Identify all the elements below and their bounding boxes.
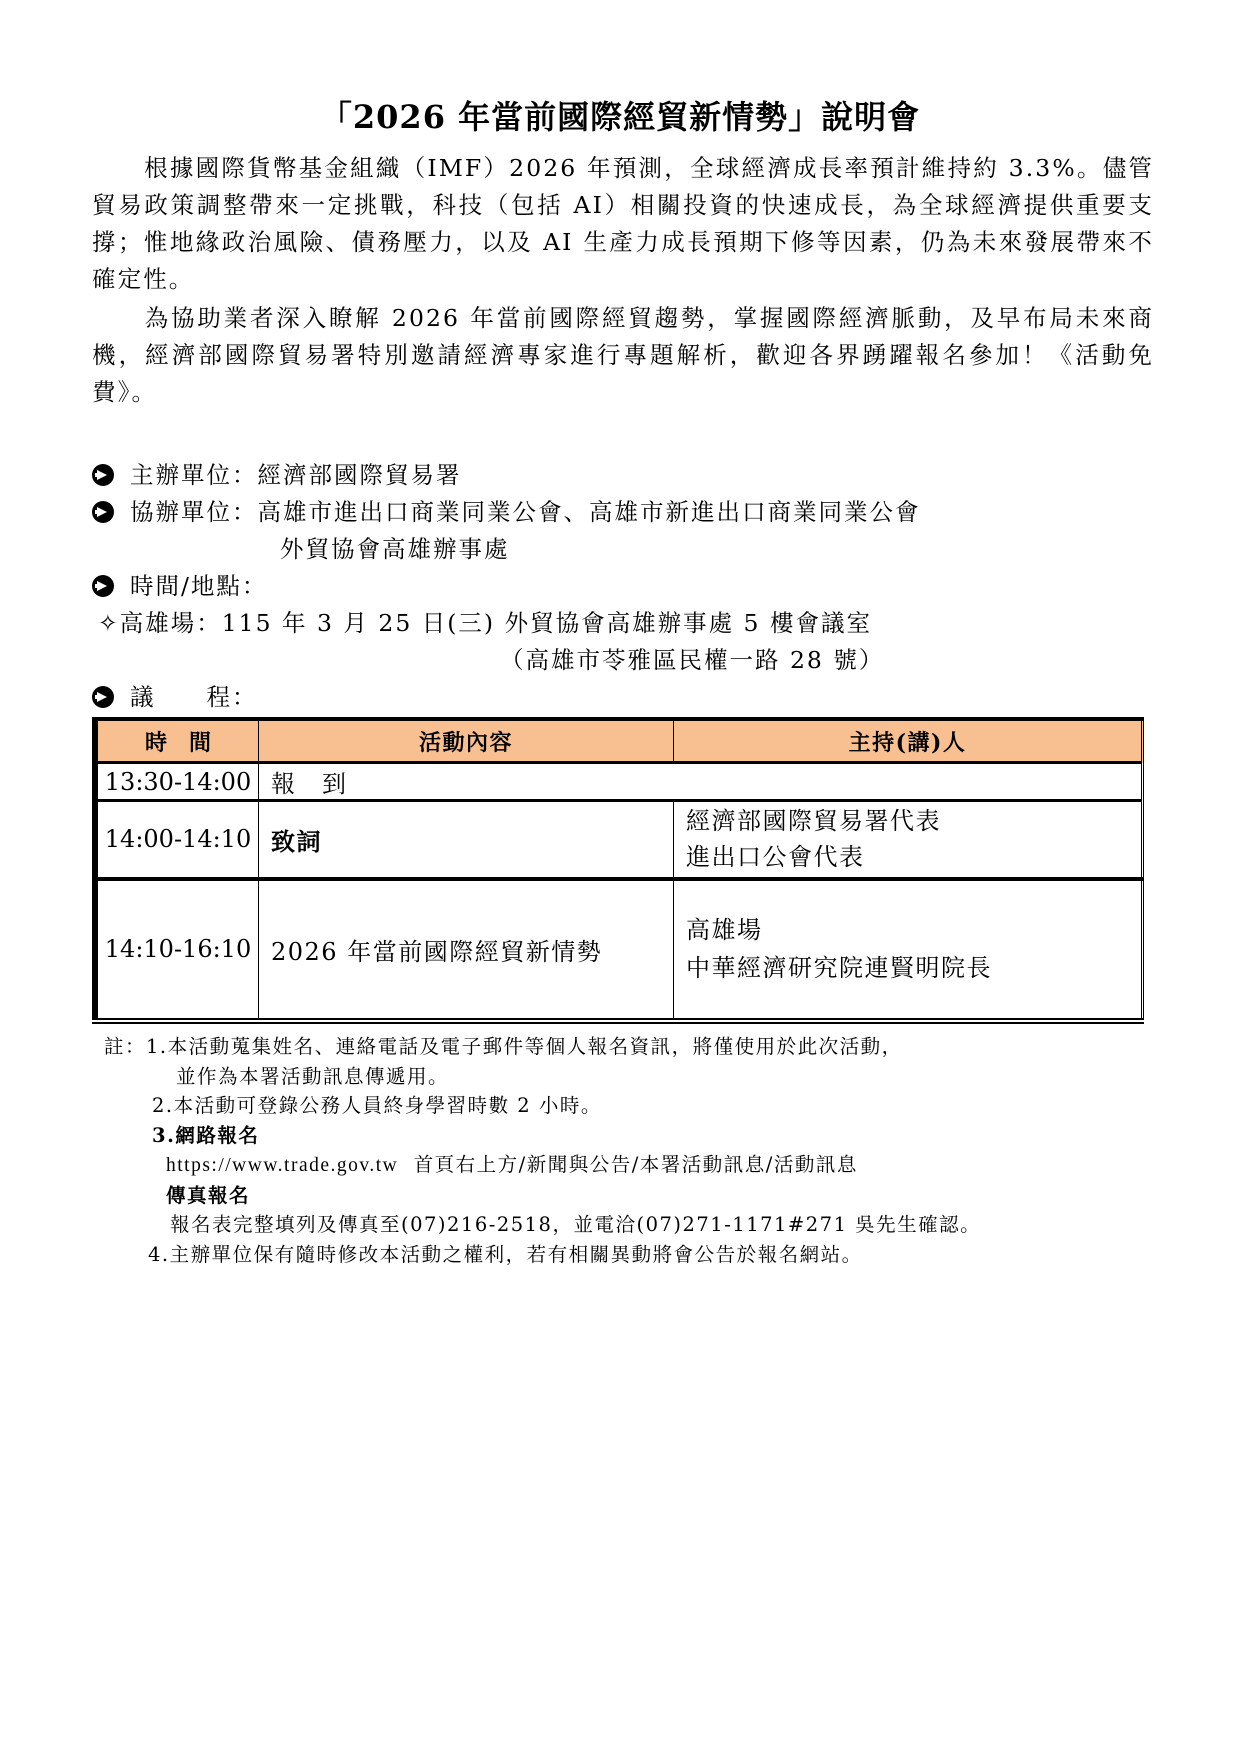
note-3-title: 3.網路報名 [104, 1121, 981, 1151]
row-content: 報 到 [259, 763, 1143, 801]
time-place-item: 時間/地點： [92, 569, 267, 603]
header-host: 主持(講)人 [674, 719, 1143, 763]
intro-paragraph-1-text: 根據國際貨幣基金組織（IMF）2026 年預測，全球經濟成長率預計維持約 3.3… [92, 154, 1154, 293]
row-time: 14:00-14:10 [95, 801, 259, 879]
row-host: 經濟部國際貿易署代表 進出口公會代表 [674, 801, 1143, 879]
diamond-star-icon: ✧ [98, 609, 120, 637]
table-row: 14:10-16:10 2026 年當前國際經貿新情勢 高雄場 中華經濟研究院連… [95, 879, 1143, 1021]
arrow-bullet-icon [92, 575, 114, 597]
table-row: 13:30-14:00 報 到 [95, 763, 1143, 801]
note-2: 2.本活動可登錄公務人員終身學習時數 2 小時。 [104, 1091, 981, 1121]
intro-paragraph-1: 根據國際貨幣基金組織（IMF）2026 年預測，全球經濟成長率預計維持約 3.3… [92, 150, 1154, 298]
note-3-online: https://www.trade.gov.tw 首頁右上方/新聞與公告/本署活… [104, 1150, 981, 1181]
notes-section: 註：1.本活動蒐集姓名、連絡電話及電子郵件等個人報名資訊，將僅使用於此次活動， … [104, 1032, 981, 1269]
arrow-bullet-icon [92, 686, 114, 708]
table-row: 14:00-14:10 致詞 經濟部國際貿易署代表 進出口公會代表 [95, 801, 1143, 879]
co-organizer-value-2: 外貿協會高雄辦事處 [280, 532, 510, 566]
fax-text: 報名表完整填列及傳真至(07)216-2518，並電洽(07)271-1171#… [104, 1210, 981, 1240]
row-time: 14:10-16:10 [95, 879, 259, 1021]
agenda-item: 議 程： [92, 680, 258, 714]
note-1-line-2: 並作為本署活動訊息傳遞用。 [104, 1062, 981, 1092]
row-content: 致詞 [259, 801, 674, 879]
organizer-value: 經濟部國際貿易署 [258, 458, 462, 492]
host-line-2: 進出口公會代表 [686, 839, 1129, 875]
arrow-bullet-icon [92, 501, 114, 523]
registration-path: 首頁右上方/新聞與公告/本署活動訊息/活動訊息 [414, 1153, 858, 1176]
header-time: 時 間 [95, 719, 259, 763]
row-content: 2026 年當前國際經貿新情勢 [259, 879, 674, 1021]
time-place-label: 時間/地點： [130, 569, 267, 603]
agenda-table: 時 間 活動內容 主持(講)人 13:30-14:00 報 到 14:00-14… [92, 717, 1144, 1024]
registration-link[interactable]: https://www.trade.gov.tw [166, 1155, 398, 1176]
agenda-header-row: 時 間 活動內容 主持(講)人 [95, 719, 1143, 763]
host-line-1: 經濟部國際貿易署代表 [686, 803, 1129, 839]
venue-line: ✧高雄場：115 年 3 月 25 日(三) 外貿協會高雄辦事處 5 樓會議室 [98, 606, 872, 640]
row-host: 高雄場 中華經濟研究院連賢明院長 [674, 879, 1143, 1021]
fax-title: 傳真報名 [104, 1181, 981, 1211]
note-4: 4.主辦單位保有隨時修改本活動之權利，若有相關異動將會公告於報名網站。 [104, 1240, 981, 1270]
row-time: 13:30-14:00 [95, 763, 259, 801]
co-organizer-label: 協辦單位： [130, 495, 258, 529]
note-1-line-1: 1.本活動蒐集姓名、連絡電話及電子郵件等個人報名資訊，將僅使用於此次活動， [146, 1035, 903, 1058]
organizer-item: 主辦單位：經濟部國際貿易署 [92, 458, 462, 492]
agenda-label: 議 程： [130, 680, 258, 714]
co-organizer-item: 協辦單位：高雄市進出口商業同業公會、高雄市新進出口商業同業公會 [92, 495, 921, 529]
host-line-1: 高雄場 [686, 911, 1129, 949]
arrow-bullet-icon [92, 464, 114, 486]
page-title: 「2026 年當前國際經貿新情勢」說明會 [0, 92, 1240, 138]
venue-address: （高雄市苓雅區民權一路 28 號） [500, 643, 884, 677]
intro-paragraph-2-text: 為協助業者深入瞭解 2026 年當前國際經貿趨勢，掌握國際經濟脈動，及早布局未來… [92, 304, 1154, 406]
note-1: 註：1.本活動蒐集姓名、連絡電話及電子郵件等個人報名資訊，將僅使用於此次活動， [104, 1032, 981, 1062]
notes-prefix: 註： [104, 1035, 146, 1058]
venue-text: 高雄場：115 年 3 月 25 日(三) 外貿協會高雄辦事處 5 樓會議室 [120, 609, 872, 637]
header-content: 活動內容 [259, 719, 674, 763]
intro-paragraph-2: 為協助業者深入瞭解 2026 年當前國際經貿趨勢，掌握國際經濟脈動，及早布局未來… [92, 300, 1154, 411]
host-line-2: 中華經濟研究院連賢明院長 [686, 949, 1129, 987]
organizer-label: 主辦單位： [130, 458, 258, 492]
co-organizer-value-1: 高雄市進出口商業同業公會、高雄市新進出口商業同業公會 [258, 495, 921, 529]
